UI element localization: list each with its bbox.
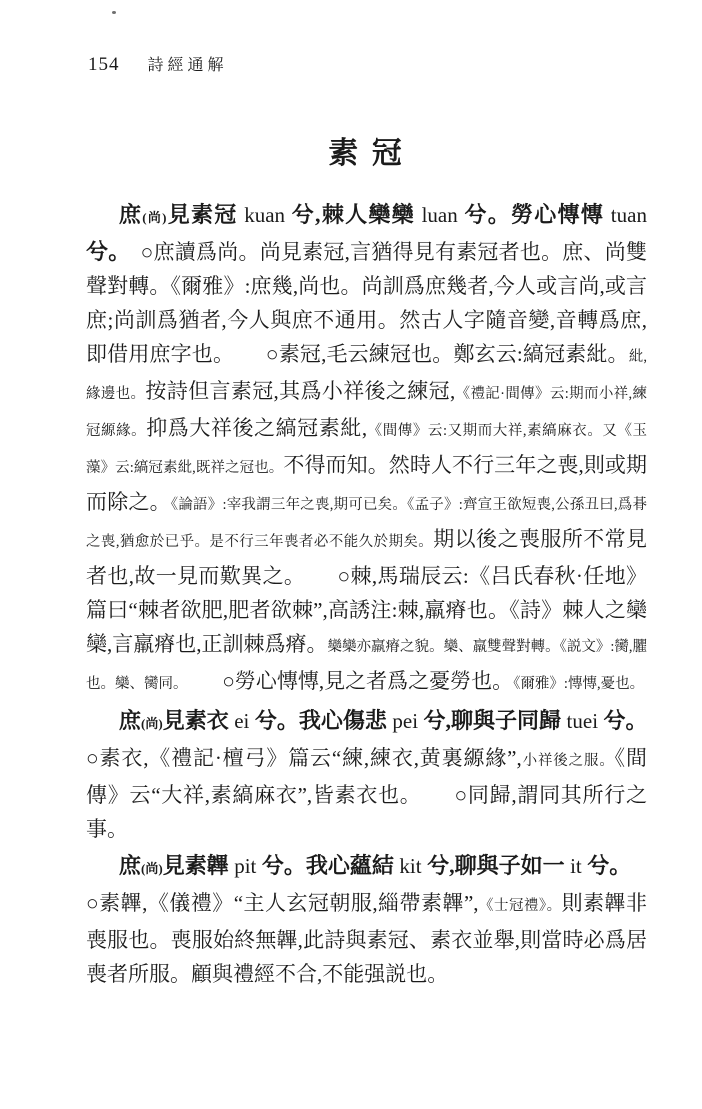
book-title: 詩經通解 bbox=[148, 52, 228, 75]
chapter-title: 素 冠 bbox=[86, 128, 647, 172]
romanization: kit bbox=[399, 854, 421, 878]
paragraph: 庶(尚)見素韠 pit 兮。我心蘊結 kit 兮,聊與子如一 it 兮。 ○素韠… bbox=[86, 849, 647, 991]
verse-annotation: (尚) bbox=[141, 861, 163, 876]
romanization: it bbox=[570, 854, 582, 878]
verse-text: 兮。 bbox=[86, 239, 119, 264]
commentary-text: 按詩但言素冠,其爲小祥後之練冠, bbox=[145, 379, 455, 403]
romanization: tuan bbox=[611, 203, 647, 227]
verse-text: 兮。 bbox=[582, 853, 621, 878]
verse-text: 見素韠 bbox=[163, 853, 235, 878]
verse-annotation: (尚) bbox=[142, 210, 166, 225]
commentary-text: ○勞心慱慱,見之者爲之憂勞也。 bbox=[180, 669, 513, 693]
romanization: tuei bbox=[567, 709, 599, 733]
romanization: kuan bbox=[244, 203, 285, 227]
scan-artifact-dot bbox=[112, 11, 116, 14]
paragraph: 庶(尚)見素冠 kuan 兮,棘人欒欒 luan 兮。勞心慱慱 tuan 兮。 … bbox=[86, 198, 647, 701]
verse-annotation: (尚) bbox=[141, 716, 163, 731]
verse-text: 見素衣 bbox=[163, 708, 235, 733]
verse-text: 庶 bbox=[119, 202, 142, 227]
romanization: ei bbox=[234, 709, 249, 733]
commentary-text: ○庶讀爲尚。尚見素冠,言猶得見有素冠者也。庶、尚雙聲對轉。《爾雅》:庶幾,尚也。… bbox=[86, 240, 647, 366]
note-text: 《爾雅》:慱慱,憂也。 bbox=[513, 676, 644, 692]
verse-text: 兮。 bbox=[598, 708, 637, 733]
verse-text: 見素冠 bbox=[166, 202, 244, 227]
verse-text: 兮。我心傷悲 bbox=[249, 708, 392, 733]
note-text: 小祥後之服。 bbox=[522, 753, 615, 769]
note-text: 《士冠禮》。 bbox=[479, 898, 562, 914]
book-page: 154 詩經通解 素 冠 庶(尚)見素冠 kuan 兮,棘人欒欒 luan 兮。… bbox=[0, 0, 702, 1109]
romanization: luan bbox=[422, 203, 458, 227]
verse-text: 兮,棘人欒欒 bbox=[285, 202, 422, 227]
romanization: pei bbox=[392, 709, 418, 733]
romanization: pit bbox=[234, 854, 256, 878]
body-text: 庶(尚)見素冠 kuan 兮,棘人欒欒 luan 兮。勞心慱慱 tuan 兮。 … bbox=[86, 198, 647, 991]
verse-text: 庶 bbox=[119, 708, 141, 733]
page-number: 154 bbox=[88, 54, 120, 76]
commentary-text: 抑爲大祥後之縞冠素紕, bbox=[146, 416, 367, 440]
page-header: 154 詩經通解 bbox=[88, 52, 228, 76]
verse-text: 兮。勞心慱慱 bbox=[458, 202, 611, 227]
verse-text: 庶 bbox=[119, 853, 141, 878]
verse-text: 兮,聊與子如一 bbox=[422, 853, 571, 878]
verse-text: 兮,聊與子同歸 bbox=[418, 708, 567, 733]
paragraph: 庶(尚)見素衣 ei 兮。我心傷悲 pei 兮,聊與子同歸 tuei 兮。 ○素… bbox=[86, 704, 647, 846]
verse-text: 兮。我心蘊結 bbox=[256, 853, 399, 878]
